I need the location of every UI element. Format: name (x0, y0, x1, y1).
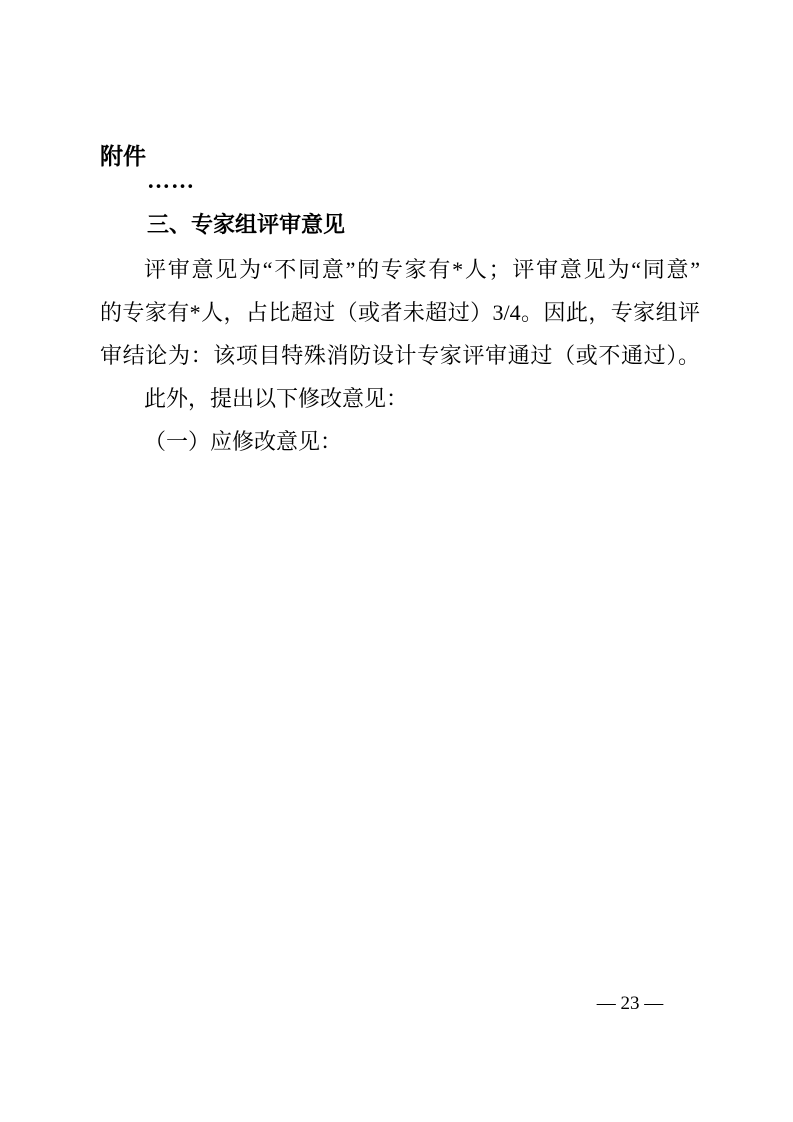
attachment-label: 附件 (100, 143, 146, 170)
additional-note-line: 此外，提出以下修改意见： (100, 377, 700, 420)
paragraph-line: 评审意见为“不同意”的专家有*人；评审意见为“同意” (100, 248, 700, 291)
paragraph-line: 审结论为：该项目特殊消防设计专家评审通过（或不通过）。 (100, 334, 700, 377)
item-one-line: （一）应修改意见： (100, 420, 700, 463)
paragraph-line: 的专家有*人，占比超过（或者未超过）3/4。因此，专家组评 (100, 291, 700, 334)
ellipsis-text: …… (147, 168, 195, 194)
section-heading: 三、专家组评审意见 (147, 212, 345, 238)
review-paragraph: 评审意见为“不同意”的专家有*人；评审意见为“同意” 的专家有*人，占比超过（或… (100, 248, 700, 463)
document-page: 附件 …… 三、专家组评审意见 评审意见为“不同意”的专家有*人；评审意见为“同… (0, 0, 793, 1122)
page-number: — 23 — (570, 992, 690, 1016)
